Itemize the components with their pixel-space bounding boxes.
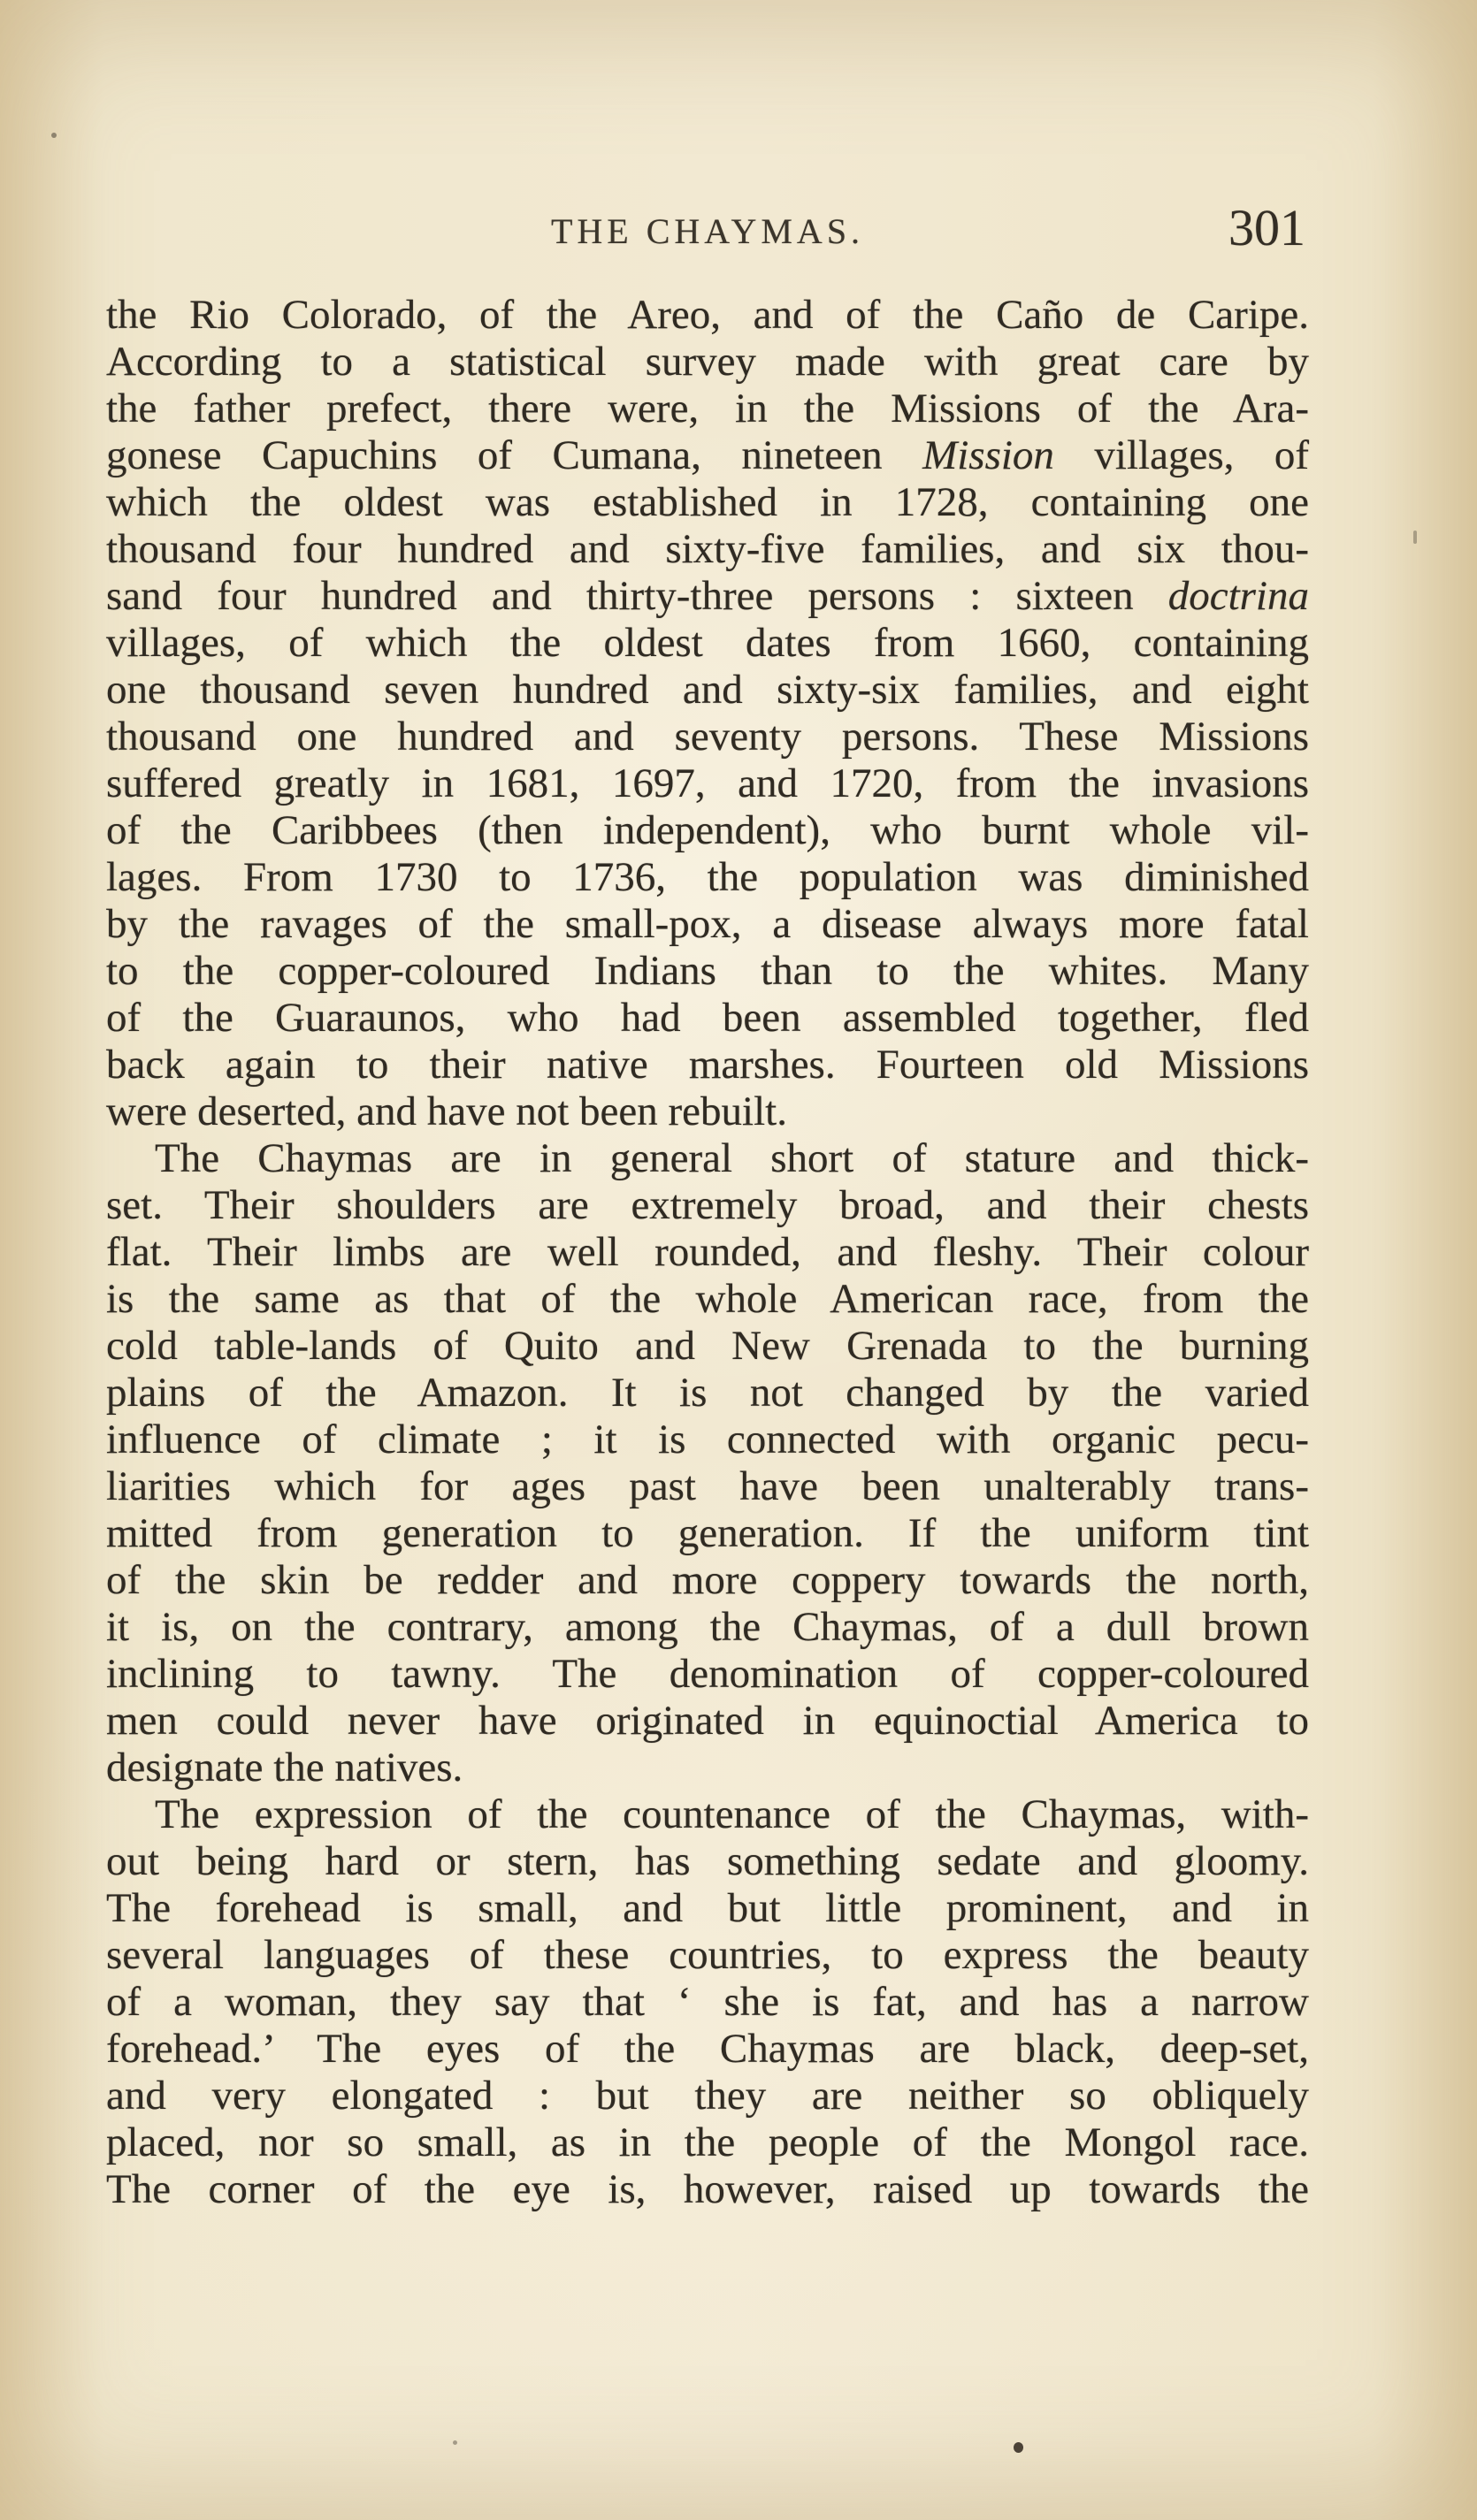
text-line: which the oldest was established in 1728… (106, 479, 1309, 526)
text-line: placed, nor so small, as in the people o… (106, 2119, 1309, 2166)
text-line: and very elongated : but they are neithe… (106, 2073, 1309, 2119)
text-line: liarities which for ages past have been … (106, 1463, 1309, 1510)
text-line: inclining to tawny. The denomination of … (106, 1651, 1309, 1698)
text-line: mitted from generation to generation. If… (106, 1510, 1309, 1557)
text-line: plains of the Amazon. It is not changed … (106, 1370, 1309, 1417)
text-line: The expression of the countenance of the… (106, 1791, 1309, 1838)
text-line: of the Caribbees (then independent), who… (106, 807, 1309, 854)
text-line: were deserted, and have not been rebuilt… (106, 1088, 1309, 1135)
text-line: forehead.’ The eyes of the Chaymas are b… (106, 2026, 1309, 2073)
text-line: cold table-lands of Quito and New Grenad… (106, 1323, 1309, 1370)
page-number: 301 (1228, 198, 1305, 257)
text-line: influence of climate ; it is connected w… (106, 1417, 1309, 1463)
text-line: of the Guaraunos, who had been assembled… (106, 995, 1309, 1042)
text-line: The Chaymas are in general short of stat… (106, 1135, 1309, 1182)
text-line: flat. Their limbs are well rounded, and … (106, 1229, 1309, 1276)
ink-speck (453, 2440, 457, 2445)
text-line: thousand four hundred and sixty-five fam… (106, 526, 1309, 573)
ink-speck (51, 133, 57, 138)
text-line: several languages of these countries, to… (106, 1932, 1309, 1979)
text-line: one thousand seven hundred and sixty-six… (106, 667, 1309, 714)
text-line: The corner of the eye is, however, raise… (106, 2166, 1309, 2213)
page-body: the Rio Colorado, of the Areo, and of th… (106, 292, 1309, 2213)
text-line: to the copper-coloured Indians than to t… (106, 948, 1309, 995)
text-line: by the ravages of the small-pox, a disea… (106, 901, 1309, 948)
page-header: THE CHAYMAS. 301 (106, 203, 1309, 256)
ink-speck (1014, 2442, 1023, 2453)
text-line: it is, on the contrary, among the Chayma… (106, 1604, 1309, 1651)
running-head-title: THE CHAYMAS. (106, 210, 1309, 252)
text-line: the father prefect, there were, in the M… (106, 386, 1309, 432)
text-line: thousand one hundred and seventy persons… (106, 714, 1309, 760)
text-line: of a woman, they say that ‘ she is fat, … (106, 1979, 1309, 2026)
text-line: designate the natives. (106, 1745, 1309, 1791)
text-line: sand four hundred and thirty-three perso… (106, 573, 1309, 620)
text-line: set. Their shoulders are extremely broad… (106, 1182, 1309, 1229)
text-line: out being hard or stern, has something s… (106, 1838, 1309, 1885)
text-line: gonese Capuchins of Cumana, nineteen Mis… (106, 432, 1309, 479)
text-line: back again to their native marshes. Four… (106, 1042, 1309, 1088)
text-line: The forehead is small, and but little pr… (106, 1885, 1309, 1932)
text-line: suffered greatly in 1681, 1697, and 1720… (106, 760, 1309, 807)
text-line: men could never have originated in equin… (106, 1698, 1309, 1745)
text-line: of the skin be redder and more coppery t… (106, 1557, 1309, 1604)
ink-speck (1413, 531, 1417, 544)
text-line: According to a statistical survey made w… (106, 339, 1309, 386)
text-line: villages, of which the oldest dates from… (106, 620, 1309, 667)
text-line: lages. From 1730 to 1736, the population… (106, 854, 1309, 901)
book-page: THE CHAYMAS. 301 the Rio Colorado, of th… (0, 0, 1477, 2520)
text-line: the Rio Colorado, of the Areo, and of th… (106, 292, 1309, 339)
text-line: is the same as that of the whole America… (106, 1276, 1309, 1323)
